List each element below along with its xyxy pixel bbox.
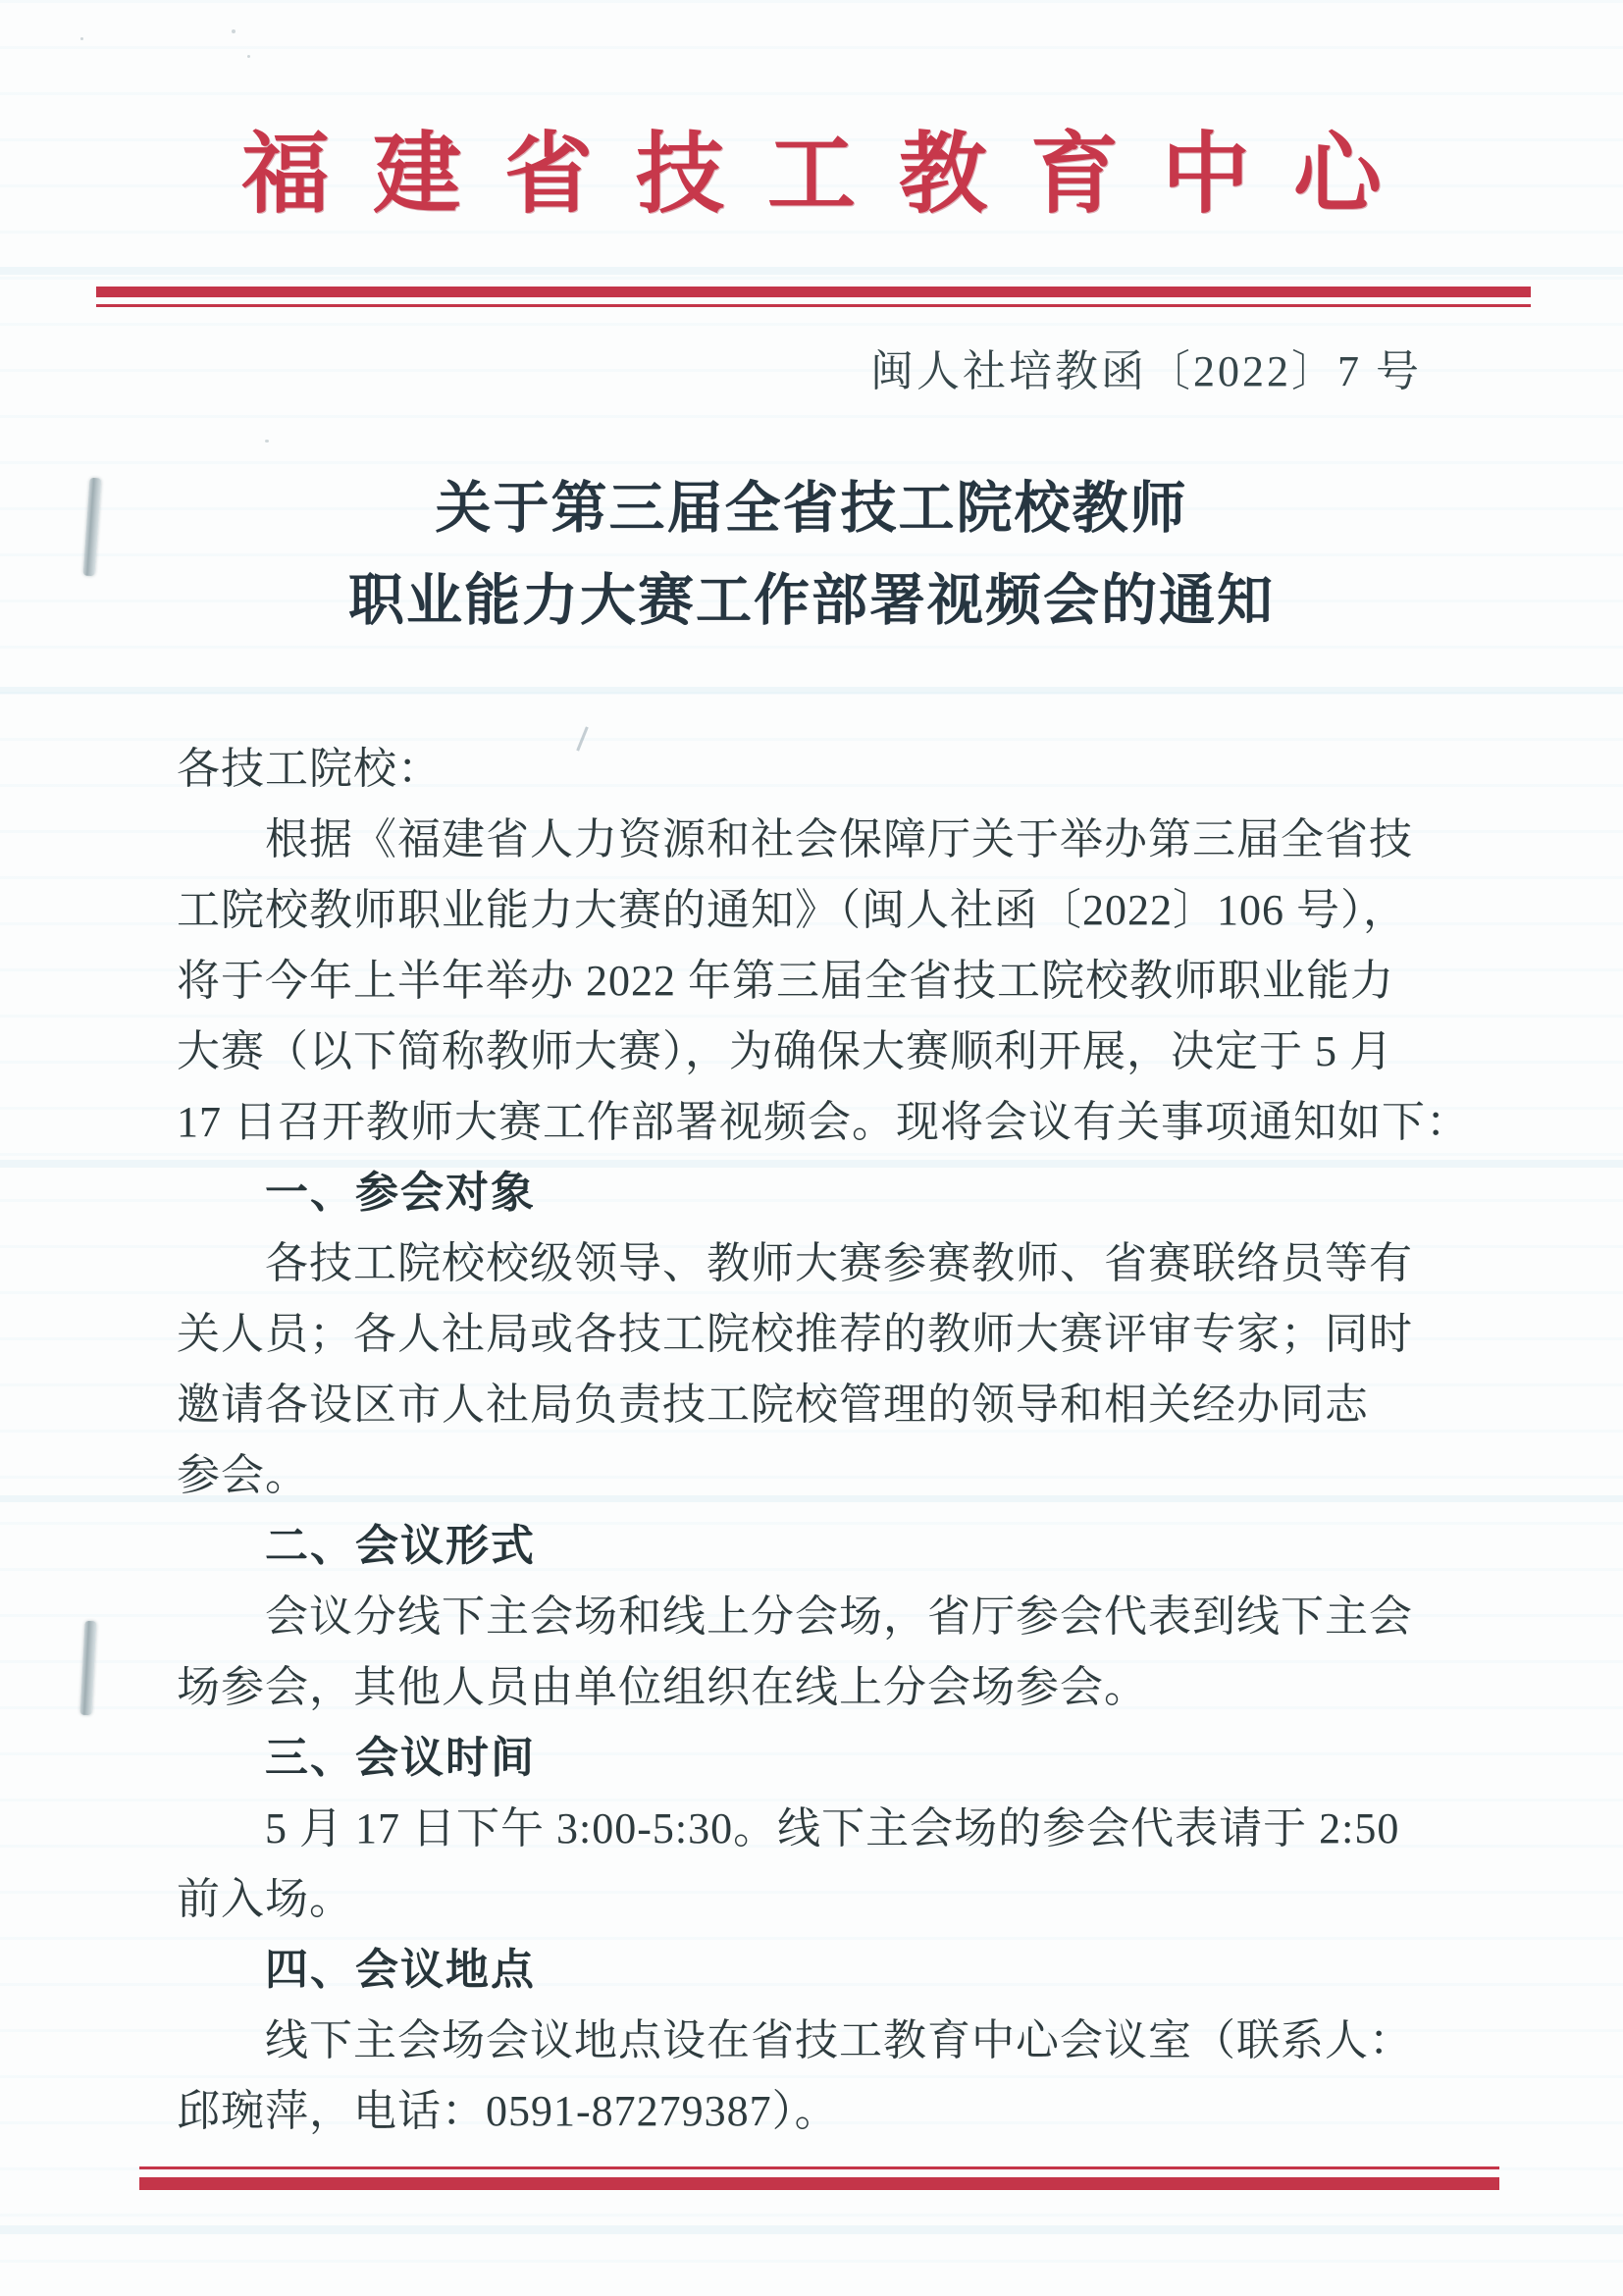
scanned-document-page: 福建省技工教育中心 闽人社培教函〔2022〕7 号 关于第三届全省技工院校教师 … (0, 0, 1623, 2296)
body-line: 场参会，其他人员由单位组织在线上分会场参会。 (177, 1652, 1457, 1723)
body-line: 将于今年上半年举办 2022 年第三届全省技工院校教师职业能力 (177, 946, 1457, 1017)
scan-speck (232, 29, 236, 33)
body-line: 大赛（以下简称教师大赛），为确保大赛顺利开展，决定于 5 月 (177, 1017, 1457, 1087)
document-number: 闽人社培教函〔2022〕7 号 (870, 336, 1422, 398)
footer-rule-thick (139, 2177, 1499, 2190)
document-title: 关于第三届全省技工院校教师 职业能力大赛工作部署视频会的通知 (0, 463, 1623, 648)
footer-rule-thin (139, 2166, 1499, 2169)
section-heading: 二、会议形式 (177, 1511, 1457, 1582)
scan-band (0, 267, 1623, 275)
section-heading: 三、会议时间 (177, 1723, 1457, 1794)
section-heading: 一、参会对象 (177, 1158, 1457, 1228)
document-body: 各技工院校：根据《福建省人力资源和社会保障厅关于举办第三届全省技工院校教师职业能… (177, 734, 1457, 2147)
scan-speck (80, 37, 83, 40)
body-line: 各技工院校校级领导、教师大赛参赛教师、省赛联络员等有 (177, 1228, 1457, 1299)
body-line: 各技工院校： (177, 734, 1457, 805)
scan-band (0, 687, 1623, 694)
section-heading: 四、会议地点 (177, 1935, 1457, 2006)
letterhead-title: 福建省技工教育中心 (0, 102, 1623, 230)
document-title-line-1: 关于第三届全省技工院校教师 (0, 463, 1623, 555)
body-line: 5 月 17 日下午 3:00-5:30。线下主会场的参会代表请于 2:50 (177, 1794, 1457, 1864)
scan-speck (265, 440, 269, 443)
header-rule-thick (96, 287, 1531, 297)
header-rule-thin (96, 304, 1531, 307)
body-line: 邀请各设区市人社局负责技工院校管理的领导和相关经办同志 (177, 1370, 1457, 1440)
body-line: 参会。 (177, 1440, 1457, 1511)
document-title-line-2: 职业能力大赛工作部署视频会的通知 (0, 555, 1623, 648)
body-line: 根据《福建省人力资源和社会保障厅关于举办第三届全省技 (177, 805, 1457, 875)
body-line: 前入场。 (177, 1864, 1457, 1935)
body-line: 17 日召开教师大赛工作部署视频会。现将会议有关事项通知如下： (177, 1087, 1457, 1158)
body-line: 会议分线下主会场和线上分会场，省厅参会代表到线下主会 (177, 1582, 1457, 1652)
scan-speck (247, 55, 250, 58)
scan-band (0, 2225, 1623, 2234)
body-line: 工院校教师职业能力大赛的通知》（闽人社函〔2022〕106 号）， (177, 875, 1457, 946)
body-line: 邱琬萍，电话：0591-87279387）。 (177, 2076, 1457, 2147)
staple-mark-bottom (79, 1621, 96, 1715)
body-line: 关人员；各人社局或各技工院校推荐的教师大赛评审专家；同时 (177, 1299, 1457, 1370)
body-line: 线下主会场会议地点设在省技工教育中心会议室（联系人： (177, 2006, 1457, 2076)
